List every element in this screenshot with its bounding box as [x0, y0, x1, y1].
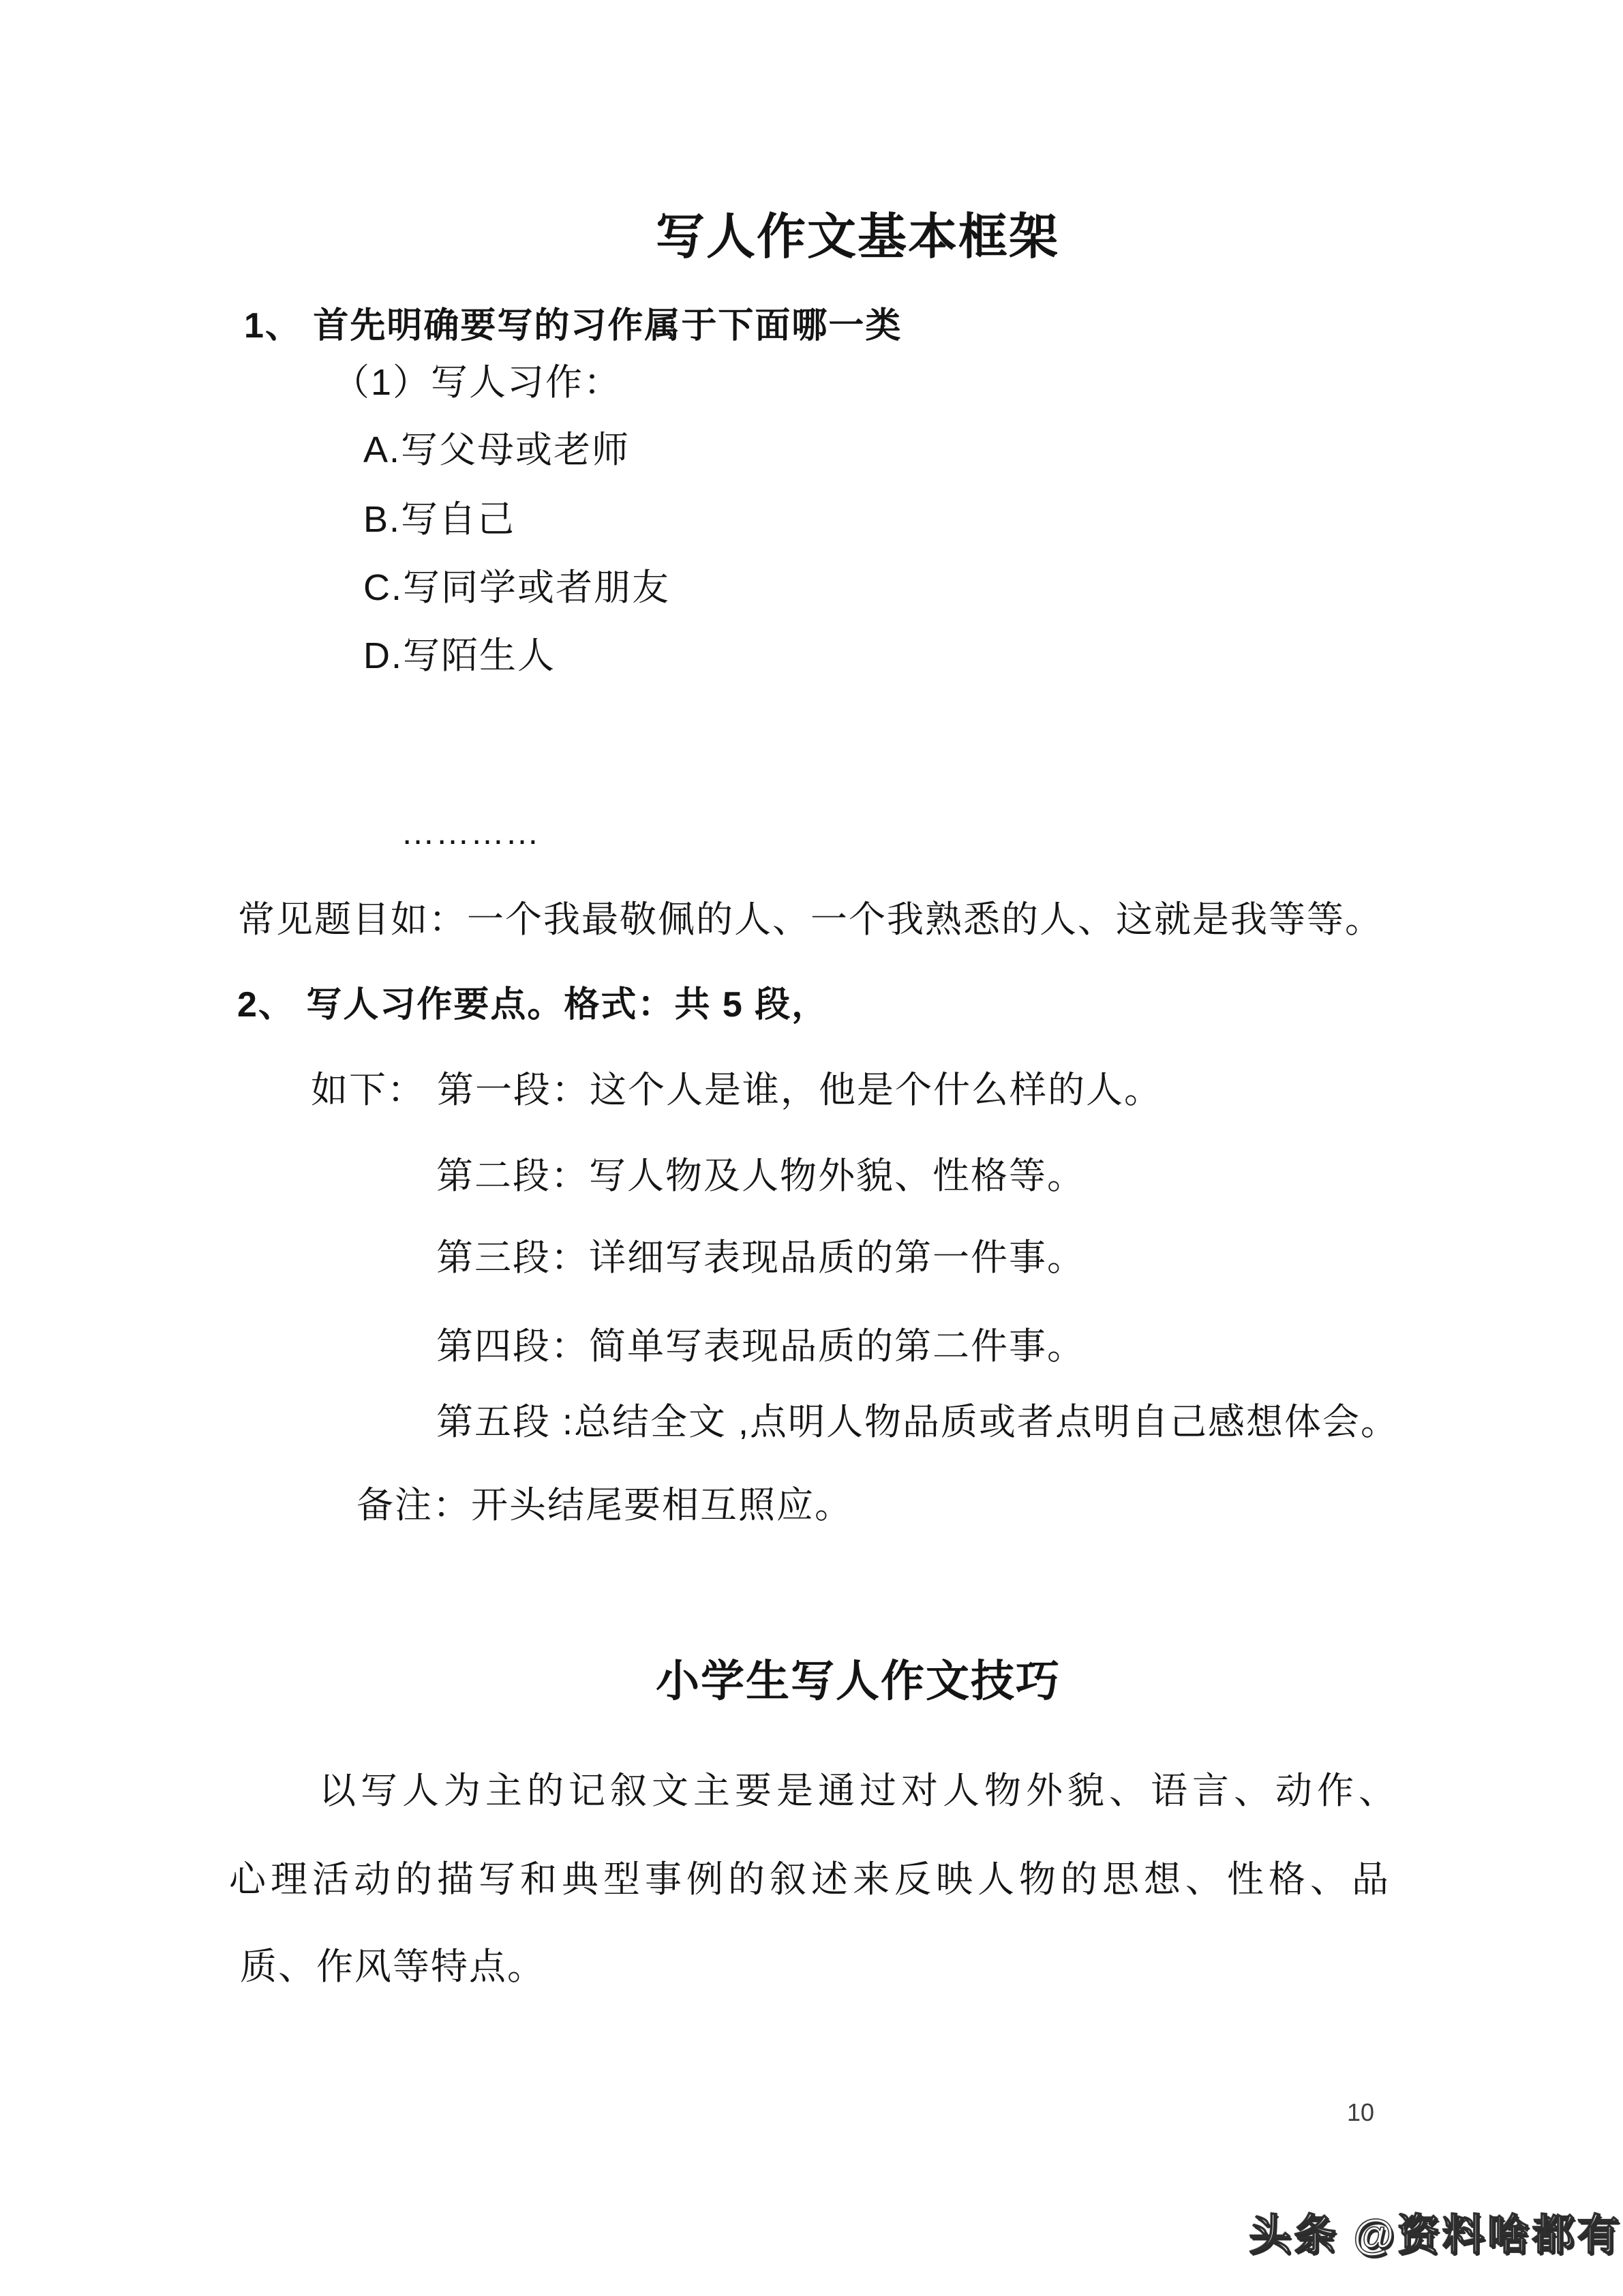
- body-line-1: 以写人为主的记叙文主要是通过对人物外貌、语言、动作、: [319, 1768, 1400, 1815]
- section1-heading: 1、 首先明确要写的习作属于下面哪一类: [244, 304, 902, 348]
- paragraph-intro-line: 如下： 第一段：这个人是谁，他是个什么样的人。: [311, 1068, 1162, 1114]
- option-b: B.写自己: [363, 497, 515, 543]
- section1-subheading: （1）写人习作：: [333, 360, 622, 406]
- ellipsis-line: …………: [401, 811, 540, 854]
- section2-heading: 2、 写人习作要点。格式：共 5 段，: [237, 983, 828, 1027]
- doc-title: 写人作文基本框架: [656, 207, 1059, 268]
- watermark: 头条 @资料啥都有: [1249, 2209, 1622, 2262]
- option-a: A.写父母或老师: [363, 427, 630, 474]
- paragraph-3-line: 第三段：详细写表现品质的第一件事。: [436, 1235, 1085, 1282]
- section3-title: 小学生写人作文技巧: [656, 1654, 1061, 1708]
- option-d: D.写陌生人: [363, 633, 556, 680]
- paragraph-2-line: 第二段：写人物及人物外貌、性格等。: [436, 1153, 1085, 1200]
- document-page: 写人作文基本框架 1、 首先明确要写的习作属于下面哪一类 （1）写人习作： A.…: [0, 0, 1623, 2296]
- body-line-2: 心理活动的描写和典型事例的叙述来反映人物的思想、性格、品: [229, 1857, 1393, 1903]
- paragraph-4-line: 第四段：简单写表现品质的第二件事。: [436, 1324, 1085, 1370]
- note-line: 备注：开头结尾要相互照应。: [357, 1483, 853, 1529]
- body-line-3: 质、作风等特点。: [240, 1944, 545, 1991]
- option-c: C.写同学或者朋友: [363, 565, 670, 611]
- page-number: 10: [1347, 2097, 1374, 2128]
- common-topics-line: 常见题目如：一个我最敬佩的人、一个我熟悉的人、这就是我等等。: [238, 897, 1383, 943]
- paragraph-5-line: 第五段 :总结全文 ,点明人物品质或者点明自己感想体会。: [436, 1400, 1399, 1446]
